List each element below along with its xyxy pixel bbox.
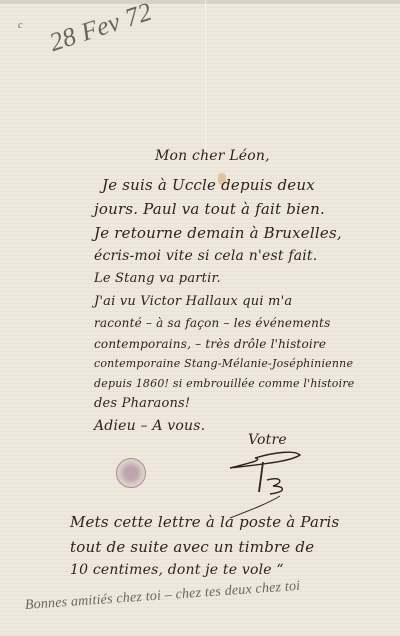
body-line: des Pharaons! xyxy=(94,396,190,411)
body-line: J'ai vu Victor Hallaux qui m'a xyxy=(94,294,292,309)
date-annotation: 28 Fev 72 xyxy=(46,0,156,58)
body-line: depuis 1860! si embrouillée comme l'hist… xyxy=(94,377,355,390)
pencil-footer: Bonnes amitiés chez toi – chez tes deux … xyxy=(24,579,300,614)
salutation: Mon cher Léon, xyxy=(155,148,270,164)
paper-fold xyxy=(205,0,206,160)
body-line: jours. Paul va tout à fait bien. xyxy=(94,200,325,218)
letter-page: c 28 Fev 72 Mon cher Léon, Je suis à Ucc… xyxy=(0,0,400,636)
body-line: Je retourne demain à Bruxelles, xyxy=(94,224,342,242)
body-line: écris-moi vite si cela n'est fait. xyxy=(94,248,317,264)
body-line: raconté – à sa façon – les événements xyxy=(94,316,330,330)
corner-mark: c xyxy=(18,20,23,31)
body-line: Le Stang va partir. xyxy=(94,271,221,286)
closing: Votre xyxy=(248,432,287,448)
body-line: contemporaine Stang-Mélanie-Joséphinienn… xyxy=(94,357,353,370)
postscript-line: Mets cette lettre à la poste à Paris xyxy=(70,513,339,531)
body-line: Adieu – A vous. xyxy=(94,418,205,434)
body-line: Je suis à Uccle depuis deux xyxy=(102,176,315,194)
body-line: contemporains, – très drôle l'histoire xyxy=(94,337,326,351)
postscript-line: 10 centimes, dont je te vole “ xyxy=(70,562,284,578)
archive-stamp-icon xyxy=(116,458,146,488)
paper-top-edge xyxy=(0,0,400,4)
signature-icon xyxy=(225,450,305,520)
postscript-line: tout de suite avec un timbre de xyxy=(70,538,314,556)
